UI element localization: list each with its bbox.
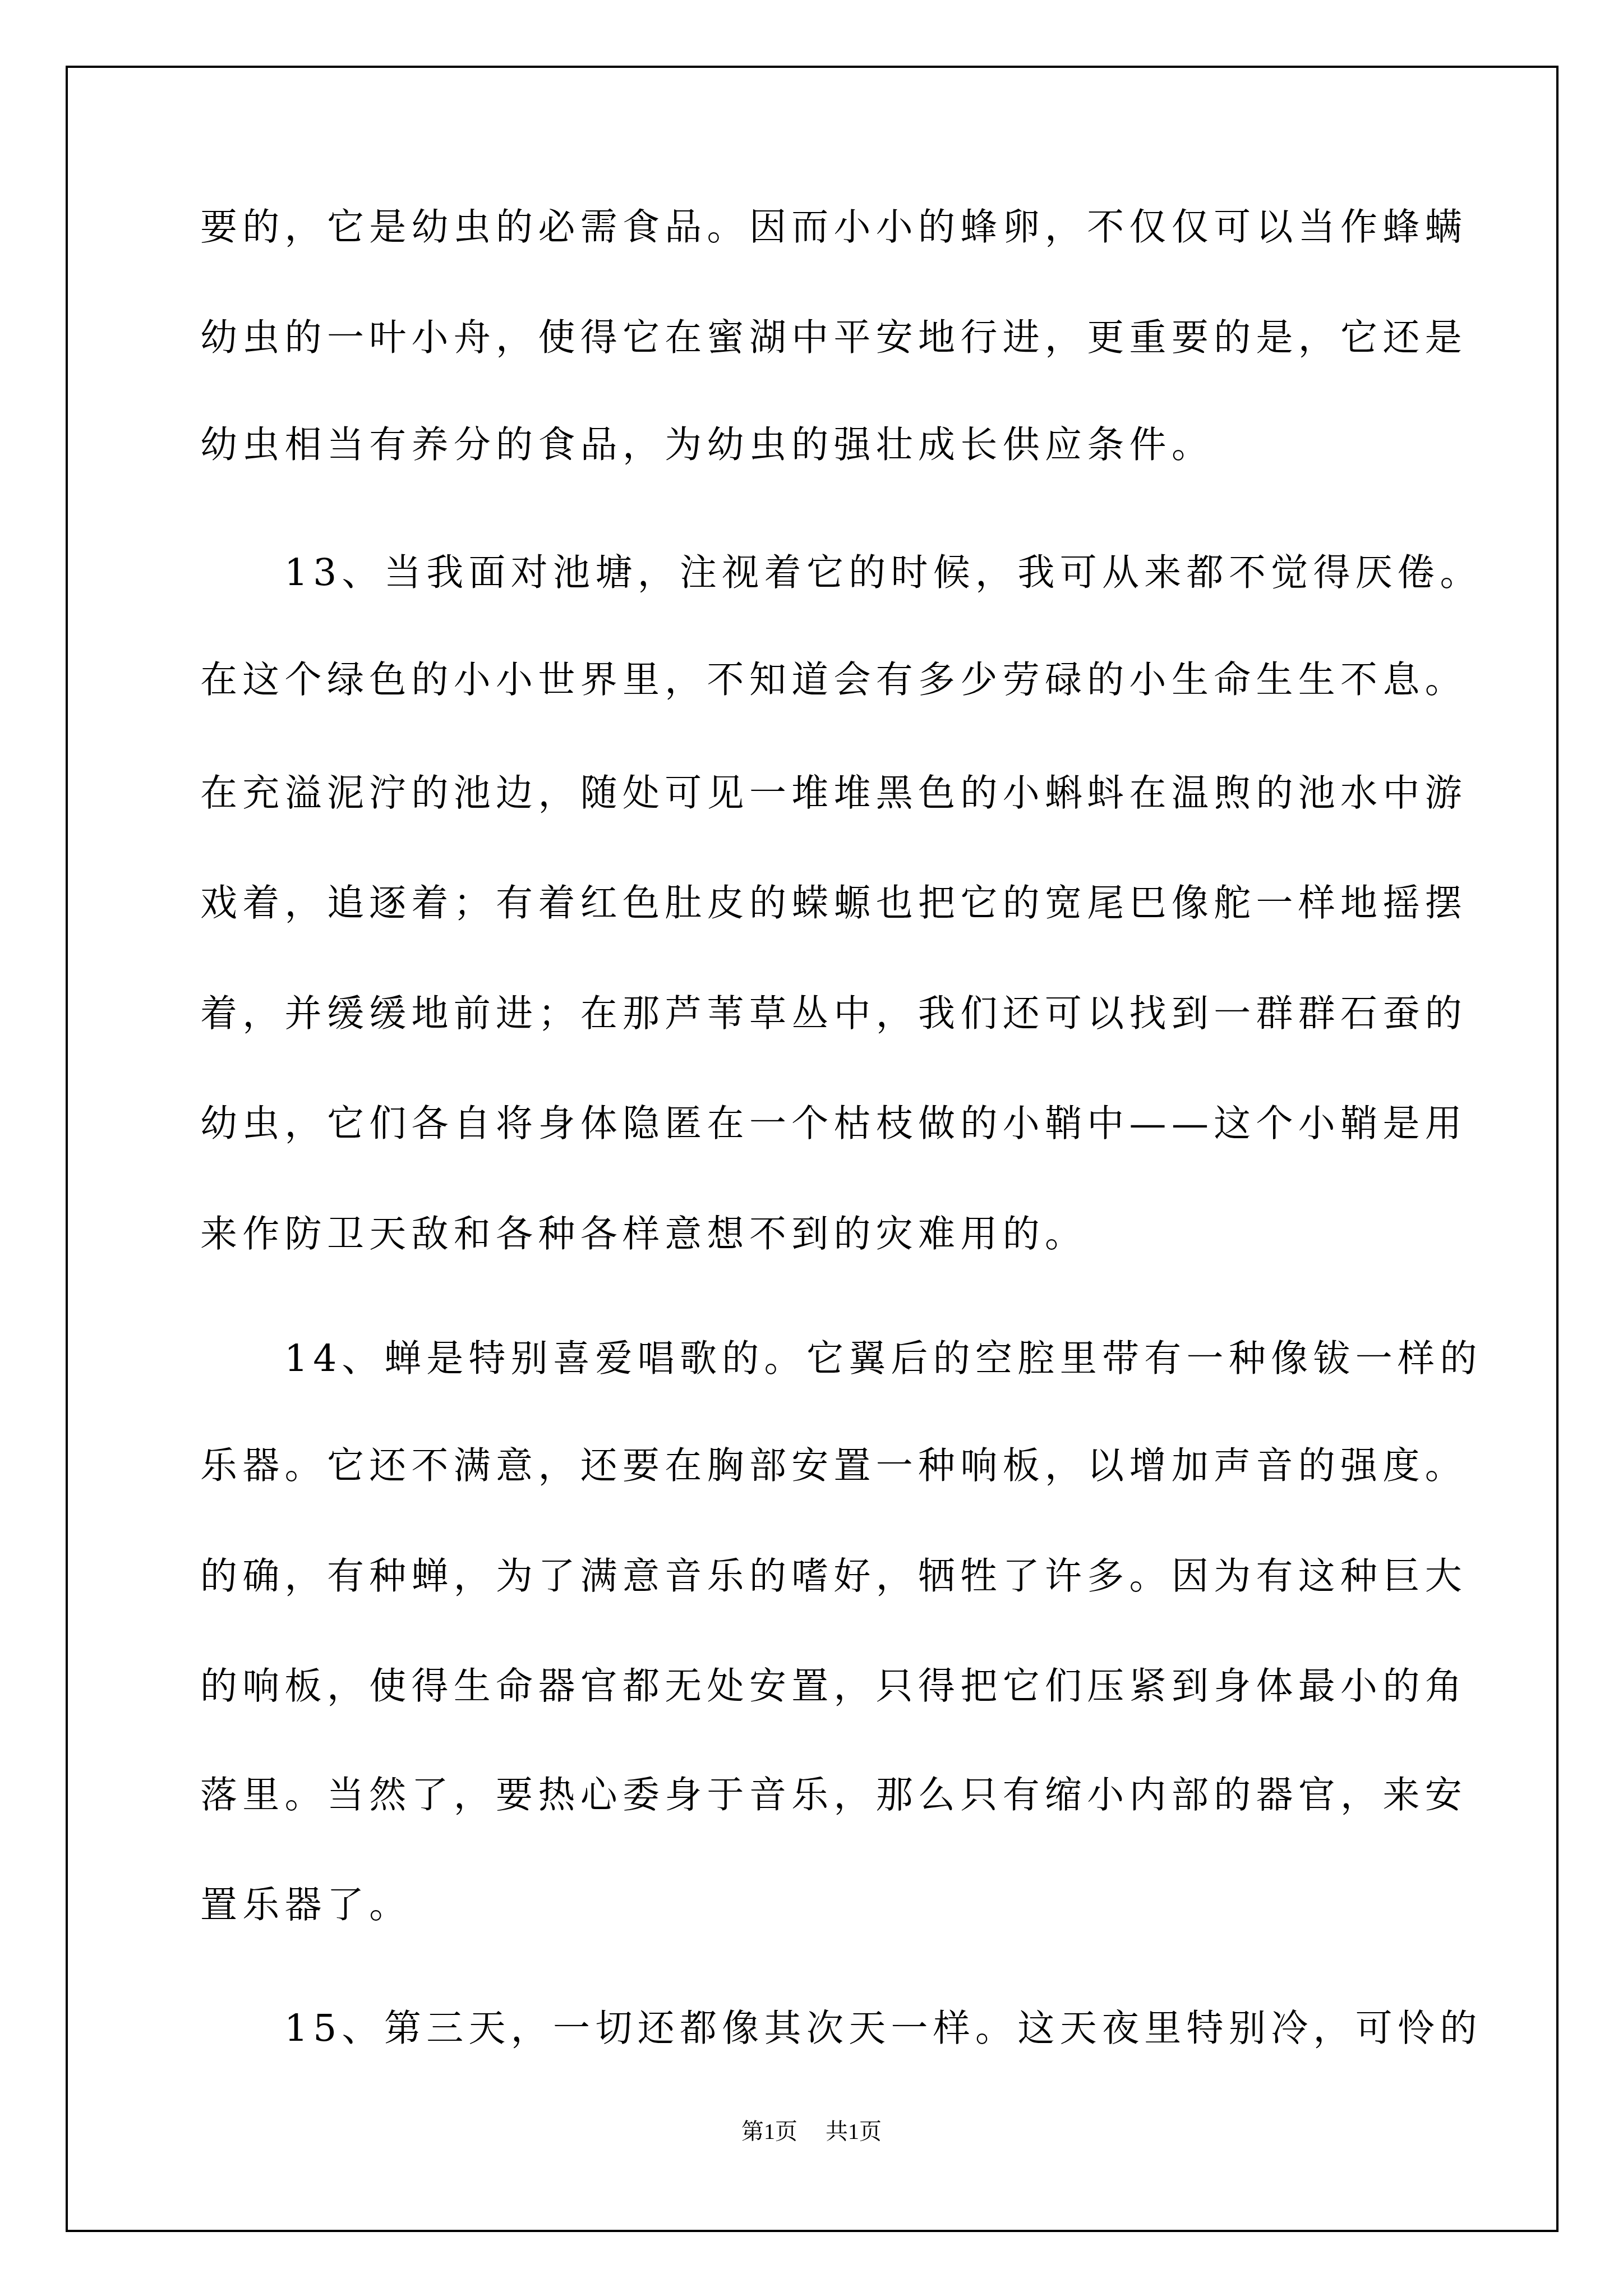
text-line: 的响板，使得生命器官都无处安置，只得把它们压紧到身体最小的角: [200, 1664, 1467, 1709]
total-pages-label: 共1页: [826, 2119, 882, 2144]
page-footer: 第1页 共1页: [0, 2118, 1623, 2146]
text-line: 幼虫的一叶小舟，使得它在蜜湖中平安地行进，更重要的是，它还是: [200, 315, 1467, 360]
current-page-label: 第1页: [741, 2119, 797, 2144]
text-line: 幼虫相当有养分的食品，为幼虫的强壮成长供应条件。: [200, 422, 1214, 467]
text-line: 幼虫，它们各自将身体隐匿在一个枯枝做的小鞘中——这个小鞘是用: [200, 1101, 1467, 1146]
text-line: 戏着，追逐着；有着红色肚皮的蝾螈也把它的宽尾巴像舵一样地摇摆: [200, 881, 1467, 926]
text-line: 15、第三天，一切还都像其次天一样。这天夜里特别冷，可怜的: [200, 2006, 1482, 2051]
text-line: 14、蝉是特别喜爱唱歌的。它翼后的空腔里带有一种像钹一样的: [200, 1336, 1482, 1381]
text-line: 来作防卫天敌和各种各样意想不到的灾难用的。: [200, 1212, 1087, 1257]
text-line: 的确，有种蝉，为了满意音乐的嗜好，牺牲了许多。因为有这种巨大: [200, 1554, 1467, 1599]
text-line: 要的，它是幼虫的必需食品。因而小小的蜂卵，不仅仅可以当作蜂螨: [200, 205, 1467, 250]
text-line: 乐器。它还不满意，还要在胸部安置一种响板，以增加声音的强度。: [200, 1443, 1467, 1488]
text-line: 着，并缓缓地前进；在那芦苇草丛中，我们还可以找到一群群石蚕的: [200, 991, 1467, 1036]
text-line: 在这个绿色的小小世界里，不知道会有多少劳碌的小生命生生不息。: [200, 657, 1467, 702]
text-line: 13、当我面对池塘，注视着它的时候，我可从来都不觉得厌倦。: [200, 550, 1482, 595]
text-line: 落里。当然了，要热心委身于音乐，那么只有缩小内部的器官，来安: [200, 1773, 1467, 1818]
text-line: 在充溢泥泞的池边，随处可见一堆堆黑色的小蝌蚪在温煦的池水中游: [200, 771, 1467, 816]
text-line: 置乐器了。: [200, 1883, 412, 1927]
